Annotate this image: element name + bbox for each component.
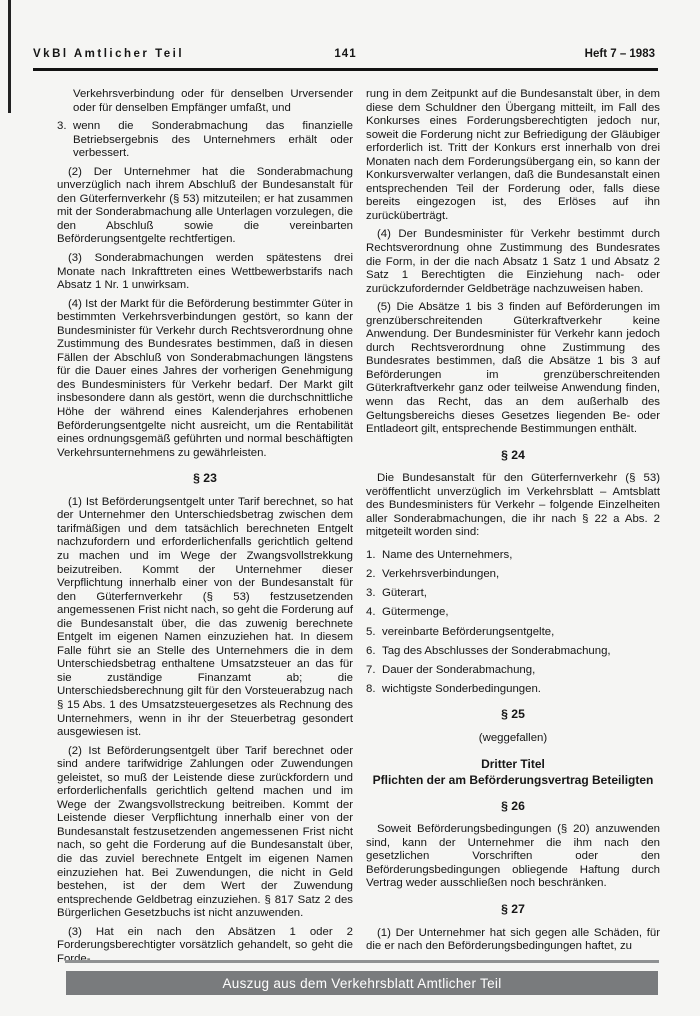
ordered-item-text: wichtigste Sonderbedingungen. bbox=[382, 683, 660, 697]
document-body: Verkehrsverbindung oder für denselben Ur… bbox=[57, 88, 660, 971]
ordered-item-number: 1. bbox=[366, 549, 382, 563]
ordered-item: 5. vereinbarte Beförderungsentgelte, bbox=[366, 626, 660, 640]
paragraph-24-intro: Die Bundesanstalt für den Güterfernverke… bbox=[366, 472, 660, 540]
paragraph-22a-4: (4) Ist der Markt für die Beförderung be… bbox=[57, 298, 353, 461]
ordered-item-number: 2. bbox=[366, 568, 382, 582]
ordered-item-text: Verkehrsverbindungen, bbox=[382, 568, 660, 582]
page-header: VkBl Amtlicher Teil 141 Heft 7 – 1983 bbox=[33, 48, 658, 64]
footer-banner: Auszug aus dem Verkehrsblatt Amtlicher T… bbox=[66, 971, 658, 995]
footer-rule bbox=[65, 960, 659, 963]
ordered-item: 8. wichtigste Sonderbedingungen. bbox=[366, 683, 660, 697]
scan-artifact-line bbox=[8, 0, 11, 113]
paragraph-23-5: (5) Die Absätze 1 bis 3 finden auf Beför… bbox=[366, 301, 660, 436]
paragraph-23-1: (1) Ist Beförderungsentgelt unter Tarif … bbox=[57, 496, 353, 740]
right-column: rung in dem Zeitpunkt auf die Bundesanst… bbox=[366, 88, 660, 971]
paragraph-27-1: (1) Der Unternehmer hat sich gegen alle … bbox=[366, 927, 660, 954]
title-heading: Dritter Titel bbox=[366, 758, 660, 772]
ordered-item-number: 8. bbox=[366, 683, 382, 697]
issue-label: Heft 7 – 1983 bbox=[585, 48, 655, 60]
ordered-item: 1. Name des Unternehmers, bbox=[366, 549, 660, 563]
section-heading-24: § 24 bbox=[366, 449, 660, 463]
banner-label: Auszug aus dem Verkehrsblatt Amtlicher T… bbox=[222, 976, 501, 991]
title-subheading: Pflichten der am Beförderungsvertrag Bet… bbox=[366, 774, 660, 788]
section-heading-26: § 26 bbox=[366, 800, 660, 814]
header-rule bbox=[33, 68, 658, 71]
ordered-item-number: 7. bbox=[366, 664, 382, 678]
section-heading-23: § 23 bbox=[57, 472, 353, 486]
paragraph-23-3-continuation: rung in dem Zeitpunkt auf die Bundesanst… bbox=[366, 88, 660, 223]
paragraph-23-4: (4) Der Bundesminister für Verkehr besti… bbox=[366, 228, 660, 296]
paragraph-continuation: Verkehrsverbindung oder für denselben Ur… bbox=[57, 88, 353, 115]
left-column: Verkehrsverbindung oder für denselben Ur… bbox=[57, 88, 353, 971]
ordered-item-text: vereinbarte Beförderungsentgelte, bbox=[382, 626, 660, 640]
page-number: 141 bbox=[334, 48, 356, 60]
paragraph-22a-3: (3) Sonderabmachungen werden spätestens … bbox=[57, 252, 353, 293]
list-item-number: 3. bbox=[57, 120, 73, 161]
ordered-item: 7. Dauer der Sonderabmachung, bbox=[366, 664, 660, 678]
ordered-item-number: 3. bbox=[366, 587, 382, 601]
ordered-item: 4. Gütermenge, bbox=[366, 606, 660, 620]
journal-title: VkBl Amtlicher Teil bbox=[33, 48, 184, 60]
ordered-item-number: 4. bbox=[366, 606, 382, 620]
section-heading-25: § 25 bbox=[366, 708, 660, 722]
ordered-item-text: Tag des Abschlusses der Sonderabmachung, bbox=[382, 645, 660, 659]
weggefallen-note: (weggefallen) bbox=[366, 732, 660, 746]
ordered-item-text: Gütermenge, bbox=[382, 606, 660, 620]
ordered-item: 2. Verkehrsverbindungen, bbox=[366, 568, 660, 582]
ordered-item-text: Dauer der Sonderabmachung, bbox=[382, 664, 660, 678]
list-item-3: 3. wenn die Sonderabmachung das finanzie… bbox=[57, 120, 353, 161]
paragraph-26: Soweit Beförderungsbedingungen (§ 20) an… bbox=[366, 823, 660, 891]
section-heading-27: § 27 bbox=[366, 903, 660, 917]
ordered-list-24: 1. Name des Unternehmers, 2. Verkehrsver… bbox=[366, 549, 660, 697]
ordered-item-number: 5. bbox=[366, 626, 382, 640]
ordered-item-number: 6. bbox=[366, 645, 382, 659]
paragraph-23-2: (2) Ist Beförderungsentgelt über Tarif b… bbox=[57, 745, 353, 921]
ordered-item: 6. Tag des Abschlusses der Sonderabmachu… bbox=[366, 645, 660, 659]
paragraph-22a-2: (2) Der Unternehmer hat die Sonderabmach… bbox=[57, 166, 353, 247]
ordered-item-text: Name des Unternehmers, bbox=[382, 549, 660, 563]
ordered-item-text: Güterart, bbox=[382, 587, 660, 601]
list-item-text: wenn die Sonderabmachung das finanzielle… bbox=[73, 120, 353, 161]
ordered-item: 3. Güterart, bbox=[366, 587, 660, 601]
